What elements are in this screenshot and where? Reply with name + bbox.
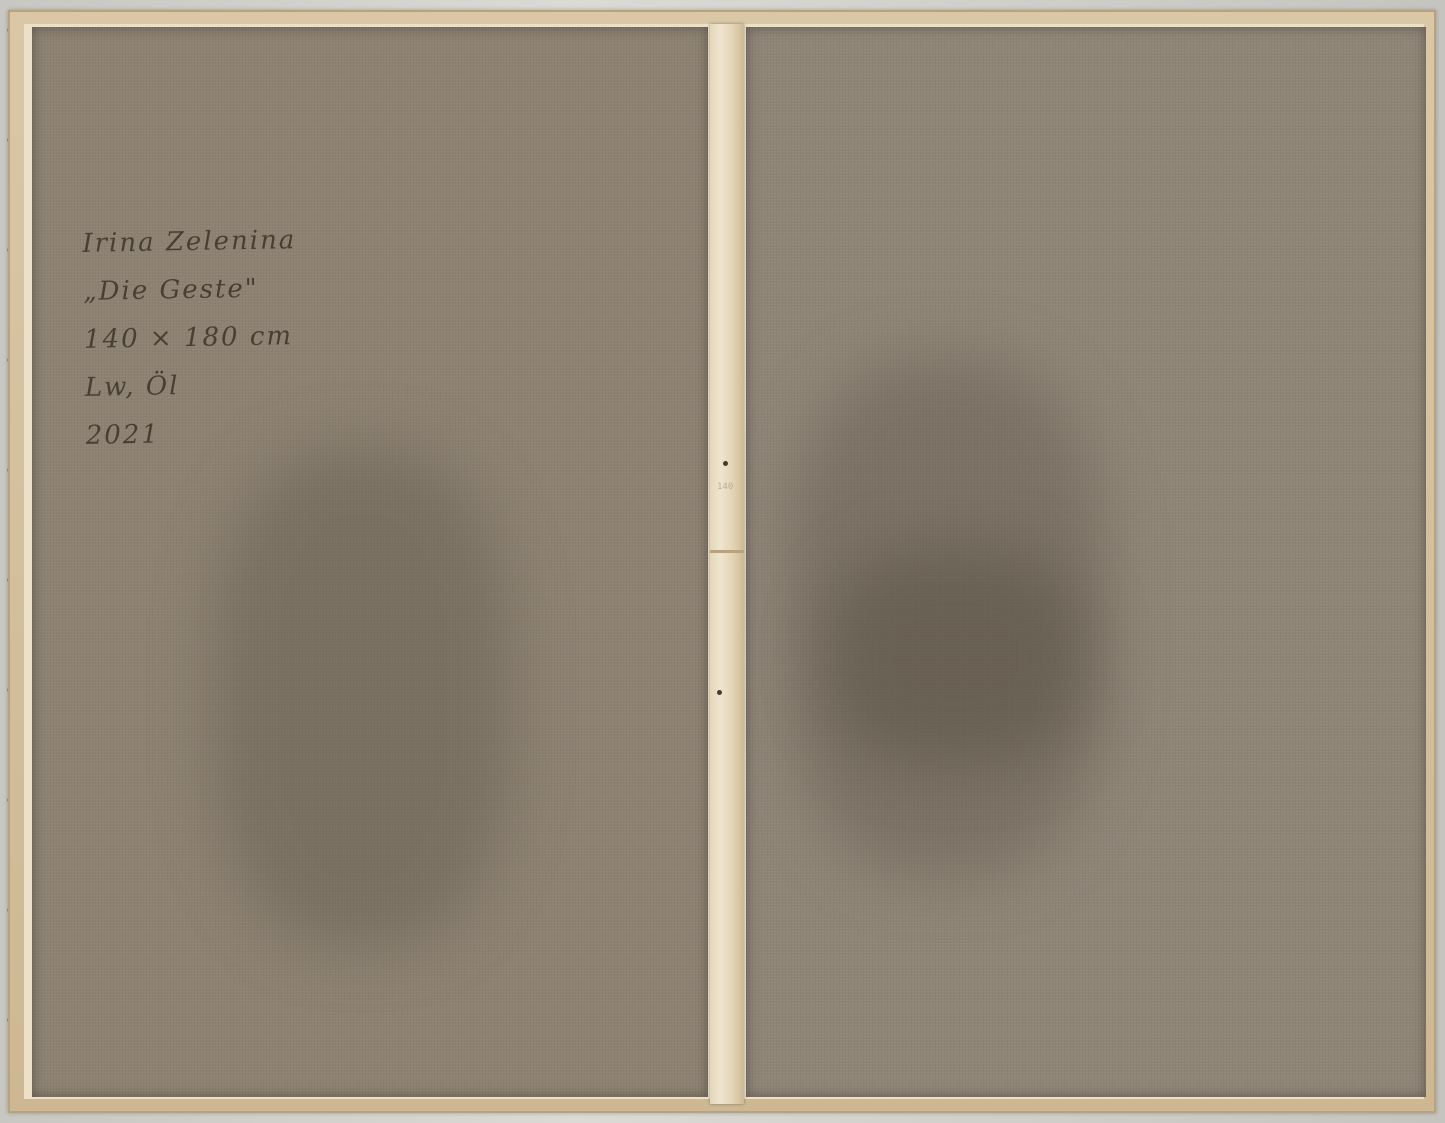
inscription-medium: Lw, Öl (84, 360, 299, 412)
handwritten-inscription: Irina Zelenina „Die Geste" 140 × 180 cm … (82, 216, 300, 460)
inscription-title: „Die Geste" (83, 264, 298, 316)
wood-knot (717, 690, 722, 695)
canvas-stain (212, 447, 512, 947)
canvas-back-photo: 140 Irina Zelenina „Die Geste" 140 × 180… (0, 0, 1445, 1123)
inscription-dimensions: 140 × 180 cm (84, 312, 299, 364)
wood-knot (723, 461, 728, 466)
inscription-artist: Irina Zelenina (82, 216, 297, 268)
stretcher-center-bar: 140 (710, 24, 744, 1104)
canvas-panel-left (32, 27, 708, 1097)
inscription-year: 2021 (85, 408, 300, 460)
stretcher-joint (710, 550, 744, 553)
canvas-stain (826, 547, 1086, 767)
canvas-panel-right (746, 27, 1426, 1097)
stretcher-stamp: 140 (717, 482, 733, 492)
